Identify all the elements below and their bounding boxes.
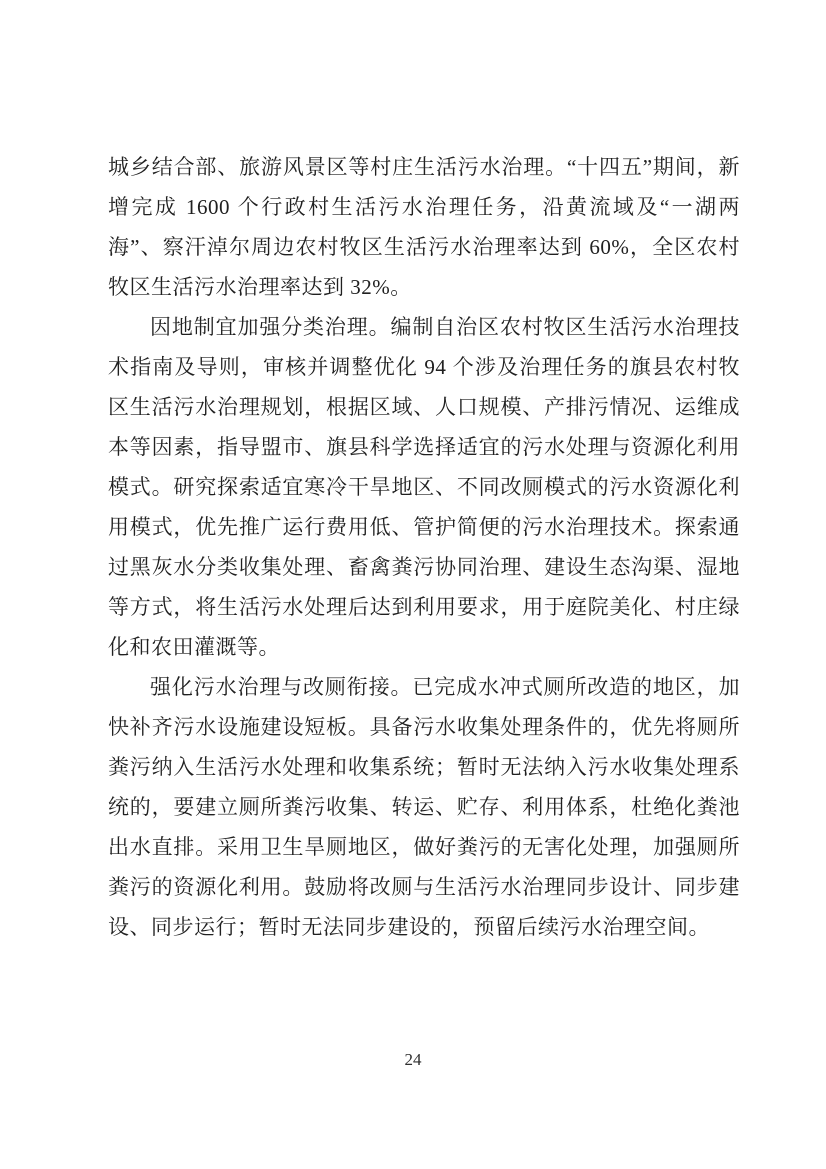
- page-footer: 24: [0, 1049, 826, 1071]
- body-text-block: 城乡结合部、旅游风景区等村庄生活污水治理。“十四五”期间，新增完成 1600 个…: [108, 147, 740, 947]
- page-number: 24: [405, 1049, 422, 1071]
- paragraph-classified-treatment: 因地制宜加强分类治理。编制自治区农村牧区生活污水治理技术指南及导则，审核并调整优…: [108, 307, 740, 667]
- paragraph-continuation: 城乡结合部、旅游风景区等村庄生活污水治理。“十四五”期间，新增完成 1600 个…: [108, 147, 740, 307]
- paragraph-toilet-reform-link: 强化污水治理与改厕衔接。已完成水冲式厕所改造的地区，加快补齐污水设施建设短板。具…: [108, 667, 740, 947]
- document-page: 城乡结合部、旅游风景区等村庄生活污水治理。“十四五”期间，新增完成 1600 个…: [0, 0, 826, 1169]
